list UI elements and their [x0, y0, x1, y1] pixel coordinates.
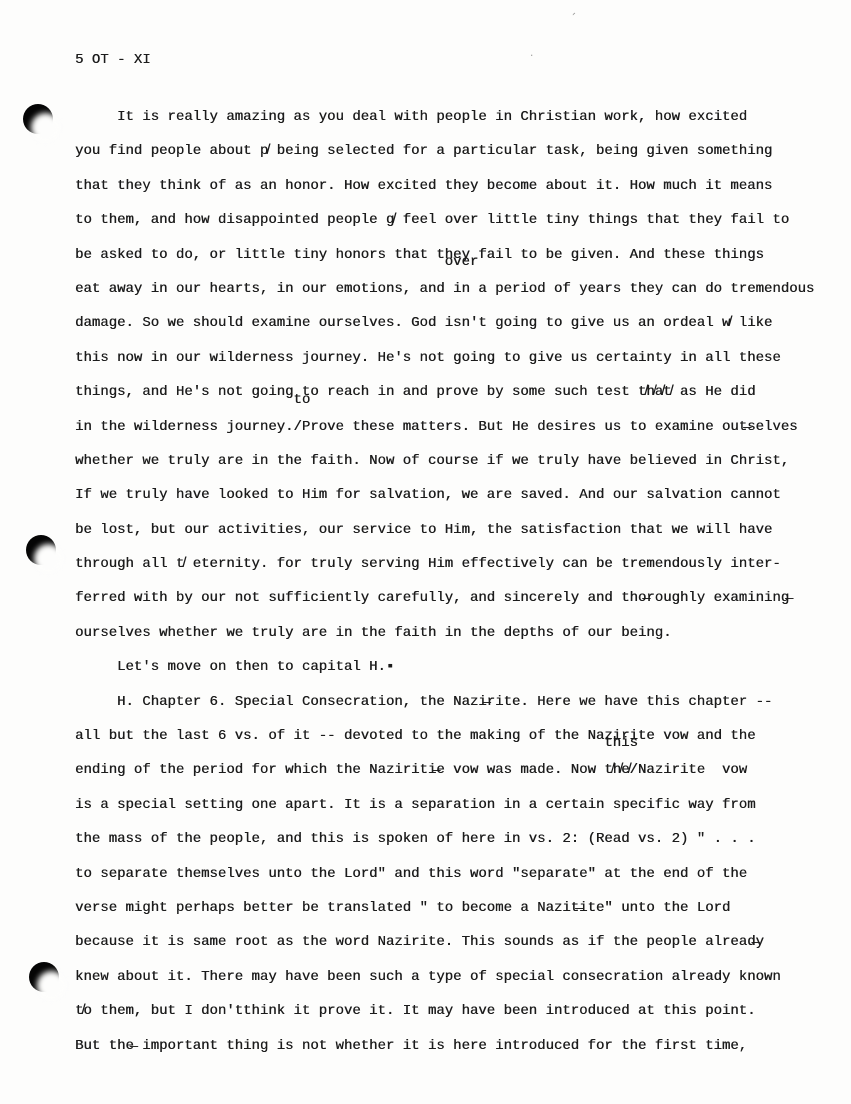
typed-text-body: It is really amazing as you deal with pe… [75, 100, 835, 1063]
punch-hole-shadow [23, 104, 53, 134]
typed-line: ourselves whether we truly are in the fa… [75, 616, 835, 650]
typed-line: because it is same root as the word Nazi… [75, 925, 835, 959]
page-number-header: 5 OT - XI [75, 52, 151, 68]
typed-line: to them, and how disappointed people g̸ … [75, 203, 835, 237]
typed-line: you find people about p̸ being selected … [75, 134, 835, 168]
typed-line: in the wilderness journey./Prove these m… [75, 410, 835, 444]
typed-line: all but the last 6 vs. of it -- devoted … [75, 719, 835, 753]
typed-line: whether we truly are in the faith. Now o… [75, 444, 835, 478]
typed-line: to separate themselves unto the Lord" an… [75, 857, 835, 891]
typed-line: knew about it. There may have been such … [75, 960, 835, 994]
typed-line: is a special setting one apart. It is a … [75, 788, 835, 822]
typed-line: verse might perhaps better be translated… [75, 891, 835, 925]
typed-line: If we truly have looked to Him for salva… [75, 478, 835, 512]
interlinear-insertion: to [293, 393, 310, 407]
punch-hole-shadow [29, 962, 59, 992]
typed-line: through all t̸ eternity. for truly servi… [75, 547, 835, 581]
typed-line: be lost, but our activities, our service… [75, 513, 835, 547]
typed-line: H. Chapter 6. Special Consecration, the … [75, 685, 835, 719]
stray-mark: · [529, 52, 534, 61]
interlinear-insertion: this [604, 736, 638, 750]
punch-hole-shadow [26, 535, 56, 565]
typed-line: things, and He's not going to reach in a… [75, 375, 835, 409]
typed-line: eat away in our hearts, in our emotions,… [75, 272, 835, 306]
typed-line: the mass of the people, and this is spok… [75, 822, 835, 856]
typed-line: this now in our wilderness journey. He's… [75, 341, 835, 375]
typed-line: It is really amazing as you deal with pe… [75, 100, 835, 134]
typed-line: But the̶ important thing is not whether … [75, 1029, 835, 1063]
stray-mark: ’ [569, 12, 577, 22]
typed-line: damage. So we should examine ourselves. … [75, 306, 835, 340]
typed-line: Let's move on then to capital H.▪ [75, 650, 835, 684]
typed-line: ferred with by our not sufficiently care… [75, 581, 835, 615]
typed-line: that they think of as an honor. How exci… [75, 169, 835, 203]
typed-line: t̸o them, but I don'tthink it prove it. … [75, 994, 835, 1028]
document-page: ’ · 5 OT - XI It is really amazing as yo… [0, 0, 851, 1104]
interlinear-insertion: over [445, 255, 479, 269]
typed-line: ending of the period for which the Nazir… [75, 753, 835, 787]
